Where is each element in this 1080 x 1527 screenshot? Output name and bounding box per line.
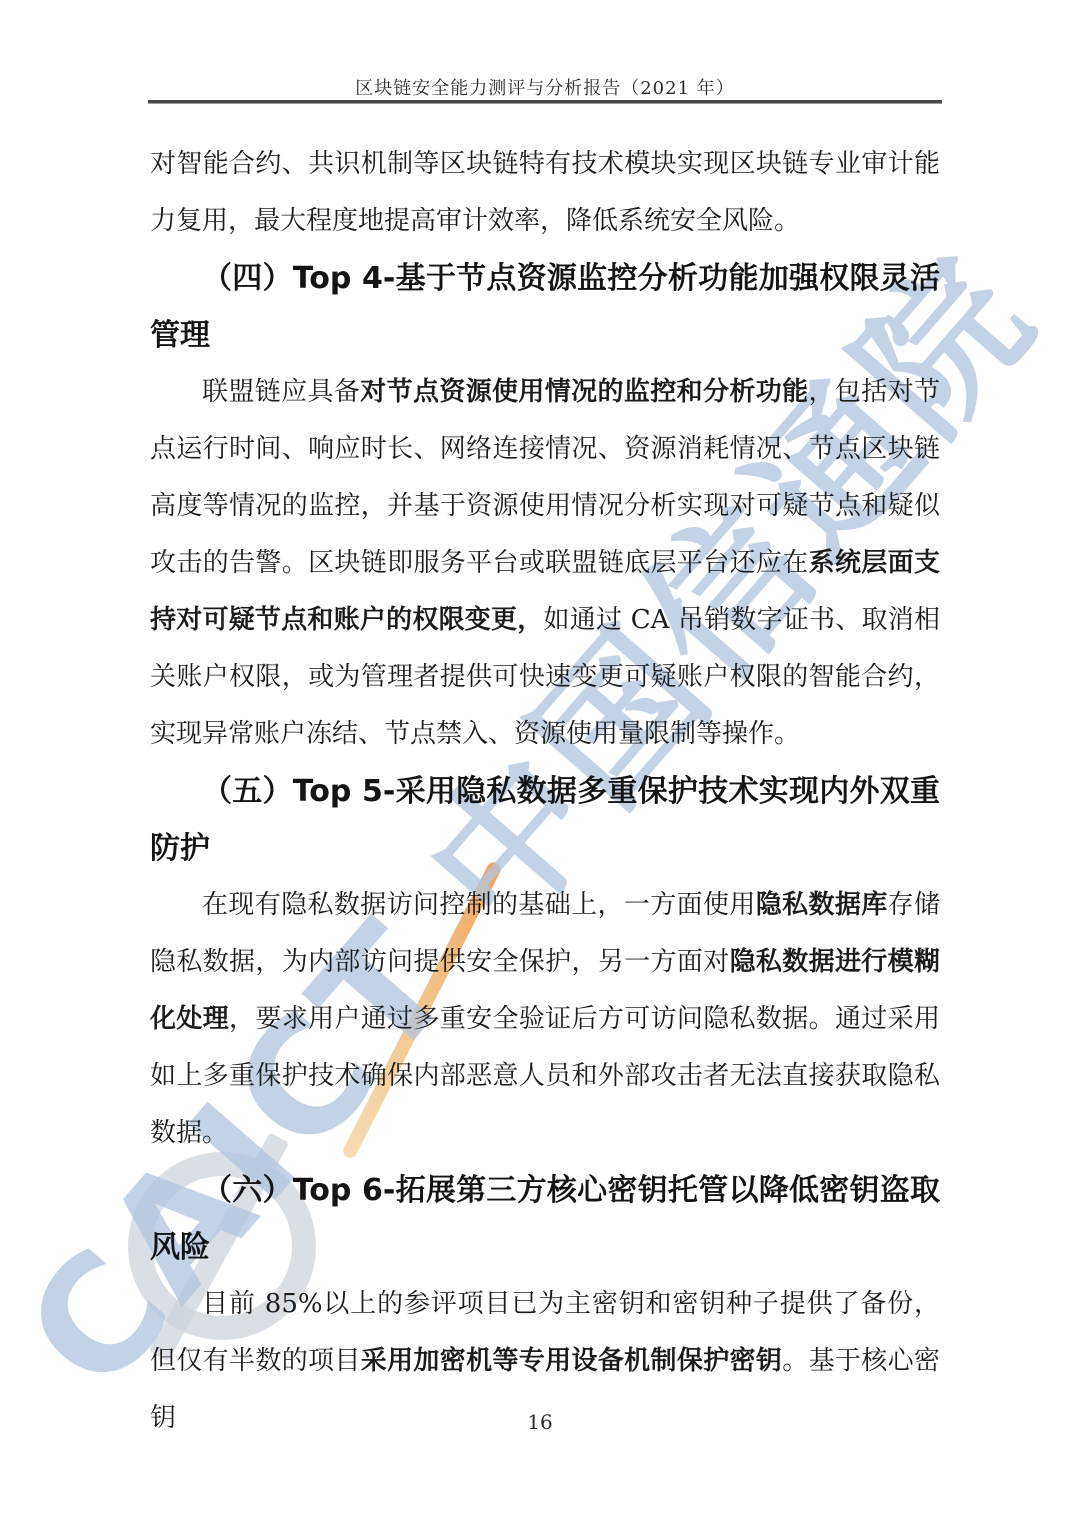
section-heading: （六）Top 6-拓展第三方核心密钥托管以降低密钥盗取风险 [150,1162,940,1276]
report-page: CAICT 中国信通院 区块链安全能力测评与分析报告（2021 年） 对智能合约… [0,0,1080,1527]
body-paragraph: 联盟链应具备对节点资源使用情况的监控和分析功能，包括对节点运行时间、响应时长、网… [150,364,940,763]
bold-text-run: 对节点资源使用情况的监控和分析功能 [360,377,808,407]
text-run: 对智能合约、共识机制等区块链特有技术模块实现区块链专业审计能力复用，最大程度地提… [150,149,940,236]
bold-text-run: （五）Top 5-采用隐私数据多重保护技术实现内外双重防护 [150,774,940,866]
body-paragraph: 对智能合约、共识机制等区块链特有技术模块实现区块链专业审计能力复用，最大程度地提… [150,136,940,250]
bold-text-run: 采用加密机等专用设备机制保护密钥 [361,1346,783,1376]
report-header-title: 区块链安全能力测评与分析报告（2021 年） [150,74,940,100]
text-run: ，要求用户通过多重安全验证后方可访问隐私数据。通过采用如上多重保护技术确保内部恶… [150,1004,940,1148]
page-number: 16 [0,1410,1080,1434]
section-heading: （四）Top 4-基于节点资源监控分析功能加强权限灵活管理 [150,250,940,364]
bold-text-run: （六）Top 6-拓展第三方核心密钥托管以降低密钥盗取风险 [150,1173,940,1265]
section-heading: （五）Top 5-采用隐私数据多重保护技术实现内外双重防护 [150,763,940,877]
bold-text-run: （四）Top 4-基于节点资源监控分析功能加强权限灵活管理 [150,261,940,353]
text-run: 在现有隐私数据访问控制的基础上，一方面使用 [202,890,756,920]
bold-text-run: 隐私数据库 [756,890,888,920]
text-run: 联盟链应具备 [202,377,360,407]
body-paragraph: 在现有隐私数据访问控制的基础上，一方面使用隐私数据库存储隐私数据，为内部访问提供… [150,877,940,1162]
content: 对智能合约、共识机制等区块链特有技术模块实现区块链专业审计能力复用，最大程度地提… [150,136,940,1447]
header-divider [148,100,942,104]
